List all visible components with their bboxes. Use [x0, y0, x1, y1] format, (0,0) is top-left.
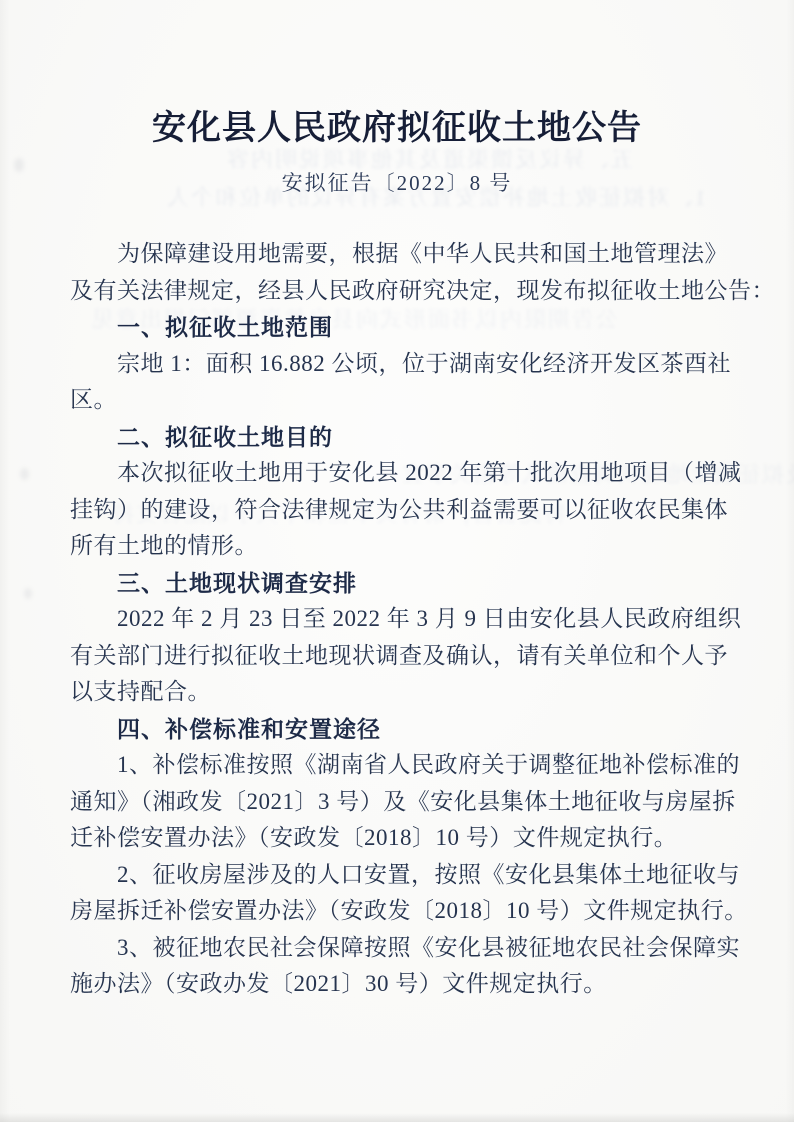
document-line: 2022 年 2 月 23 日至 2022 年 3 月 9 日由安化县人民政府组… — [70, 601, 730, 638]
section-heading-1: 一、拟征收土地范围 — [70, 309, 730, 346]
document-title: 安化县人民政府拟征收土地公告 — [0, 100, 794, 149]
document-line: 通知》（湘政发〔2021〕3 号）及《安化县集体土地征收与房屋拆 — [70, 784, 730, 821]
document-line: 以支持配合。 — [70, 674, 730, 711]
document-line: 区。 — [70, 382, 730, 419]
document-number: 安拟征告〔2022〕8 号 — [0, 167, 794, 197]
document-line: 迁补偿安置办法》（安政发〔2018〕10 号）文件规定执行。 — [70, 820, 730, 857]
scanned-notice-page: 五、异议反馈渠道及其他事项说明内容 1、对拟征收土地补偿安置方案有异议的单位和个… — [0, 0, 794, 1122]
document-line: 1、补偿标准按照《湖南省人民政府关于调整征地补偿标准的 — [70, 747, 730, 784]
section-heading-3: 三、土地现状调查安排 — [70, 565, 730, 602]
section-heading-2: 二、拟征收土地目的 — [70, 419, 730, 456]
section-heading-4: 四、补偿标准和安置途径 — [70, 711, 730, 748]
document-line: 施办法》（安政办发〔2021〕30 号）文件规定执行。 — [70, 966, 730, 1003]
scan-smudge — [20, 468, 29, 480]
document-line: 本次拟征收土地用于安化县 2022 年第十批次用地项目（增减 — [70, 455, 730, 492]
document-line: 及有关法律规定，经县人民政府研究决定，现发布拟征收土地公告： — [70, 273, 730, 310]
scan-smudge — [24, 588, 32, 599]
document-line: 为保障建设用地需要，根据《中华人民共和国土地管理法》 — [70, 236, 730, 273]
document-line: 有关部门进行拟征收土地现状调查及确认，请有关单位和个人予 — [70, 638, 730, 675]
document-line: 2、征收房屋涉及的人口安置，按照《安化县集体土地征收与 — [70, 857, 730, 894]
document-body: 为保障建设用地需要，根据《中华人民共和国土地管理法》 及有关法律规定，经县人民政… — [70, 236, 730, 1003]
document-line: 3、被征地农民社会保障按照《安化县被征地农民社会保障实 — [70, 930, 730, 967]
document-line: 挂钩）的建设，符合法律规定为公共利益需要可以征收农民集体 — [70, 492, 730, 529]
document-line: 宗地 1：面积 16.882 公顷，位于湖南安化经济开发区茶酉社 — [70, 346, 730, 383]
document-line: 所有土地的情形。 — [70, 528, 730, 565]
document-line: 房屋拆迁补偿安置办法》（安政发〔2018〕10 号）文件规定执行。 — [70, 893, 730, 930]
